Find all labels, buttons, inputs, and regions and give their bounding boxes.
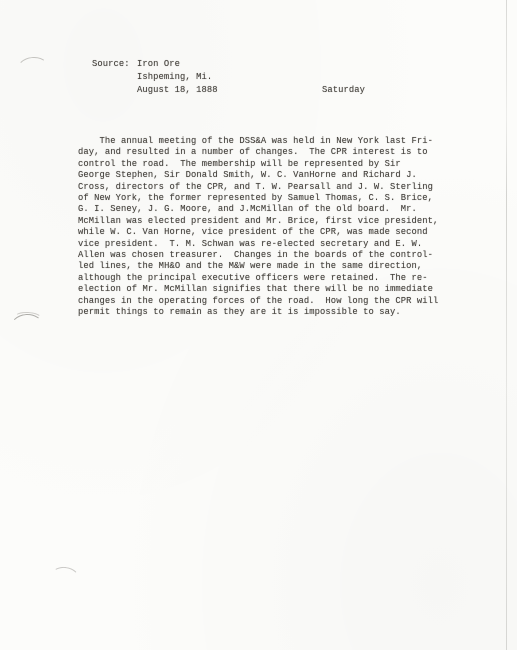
day-of-week: Saturday	[322, 85, 365, 96]
smudge-mark-top	[16, 55, 50, 82]
scanned-document-page: Source: Iron Ore Ishpeming, Mi. August 1…	[0, 0, 517, 650]
paper-edge-line	[506, 0, 507, 650]
source-name: Iron Ore	[137, 59, 180, 70]
source-location: Ishpeming, Mi.	[137, 72, 212, 83]
source-label: Source:	[92, 59, 130, 70]
smudge-mark-bottom	[50, 565, 81, 589]
smudge-mark-middle-accent	[14, 311, 43, 324]
source-date: August 18, 1888	[137, 85, 218, 96]
smudge-mark-middle	[9, 313, 45, 343]
article-body: The annual meeting of the DSS&A was held…	[78, 136, 438, 319]
